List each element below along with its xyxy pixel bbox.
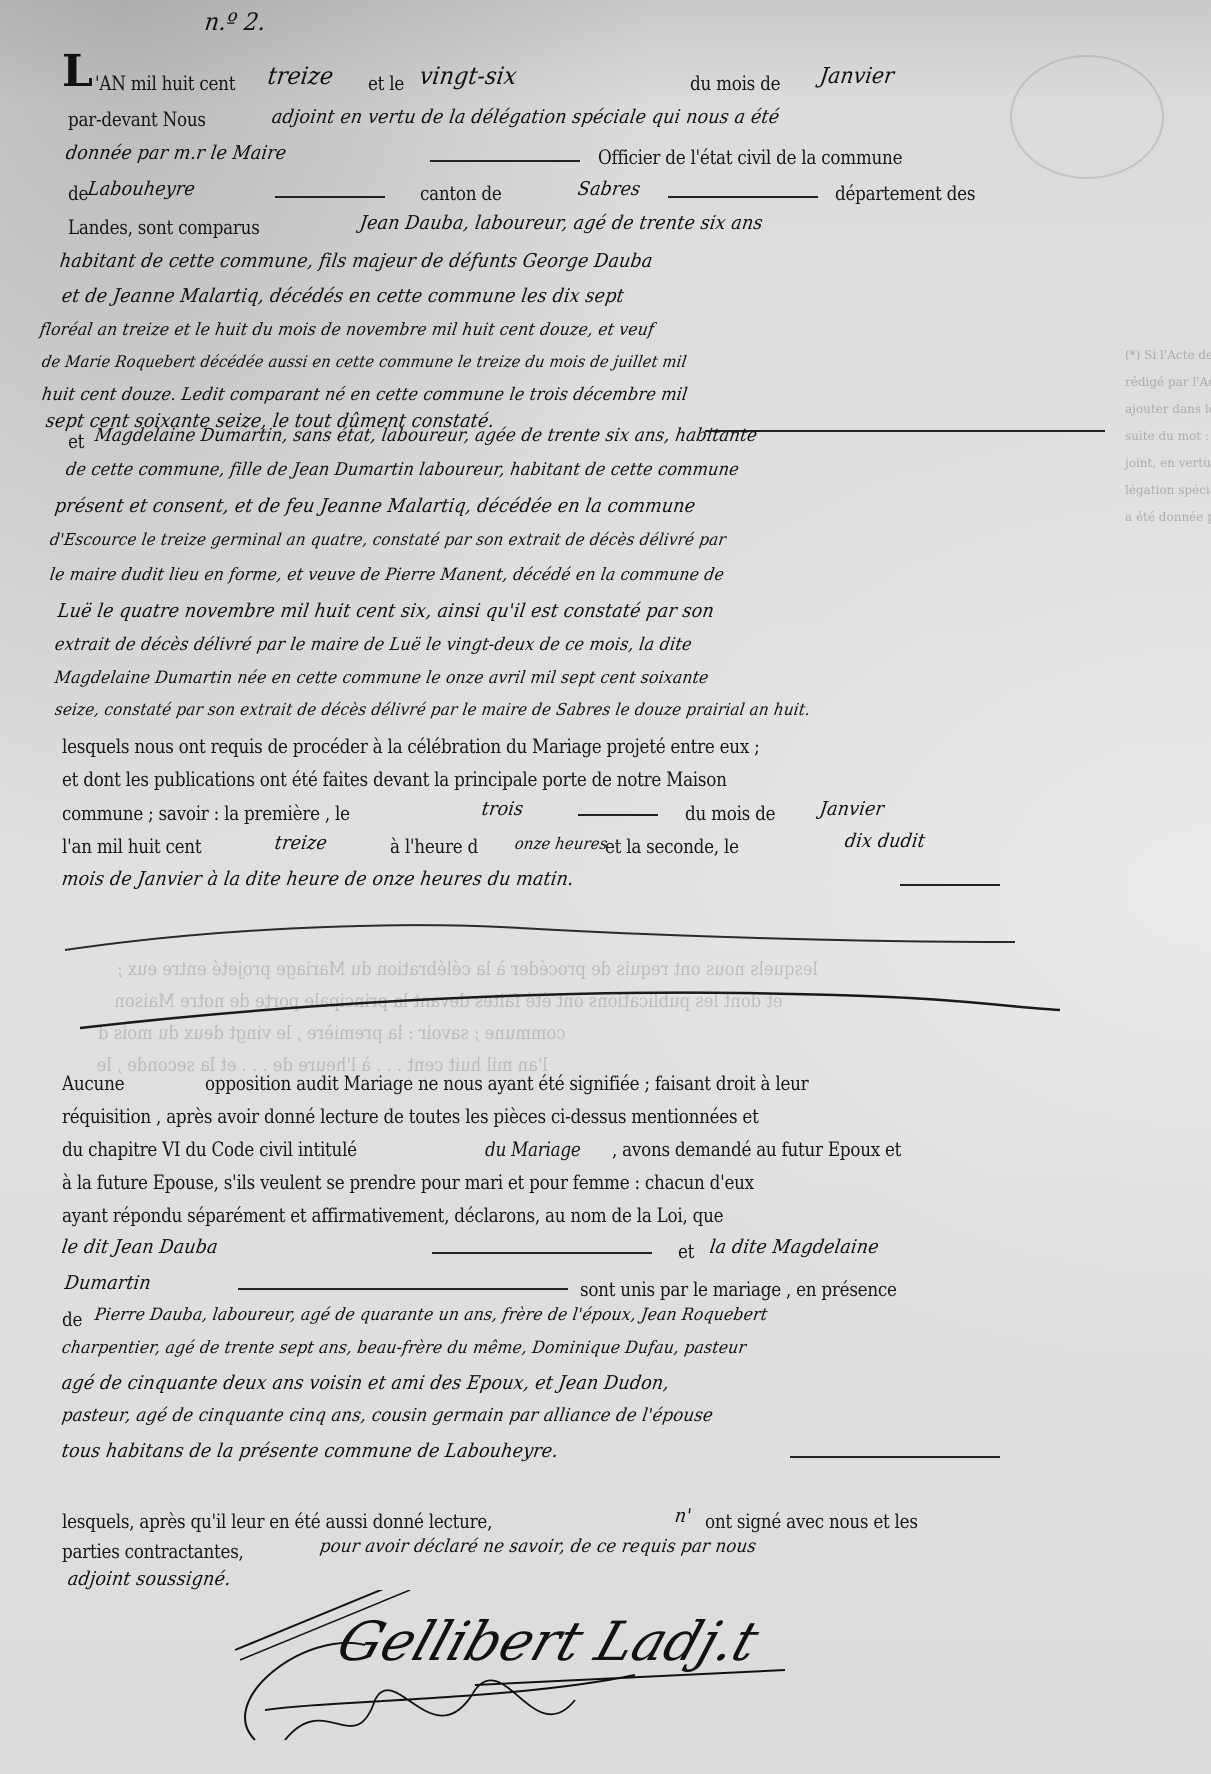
bride-line: Magdelaine Dumartin, sans état, laboureu…	[94, 425, 759, 446]
ceremony-text: de	[62, 1308, 82, 1331]
ceremony-text: réquisition , après avoir donné lecture …	[62, 1105, 759, 1128]
header-print: de	[68, 182, 88, 205]
official-stamp	[1010, 55, 1164, 179]
witness-line: tous habitans de la présente commune de …	[60, 1440, 559, 1462]
ceremony-text: du chapitre VI du Code civil intitulé	[62, 1138, 357, 1161]
publications-text: l'an mil huit cent	[62, 835, 201, 858]
margin-note: rédigé par l'Adjoint, il faut	[1125, 375, 1211, 389]
ceremony-text: et	[678, 1240, 694, 1263]
bride-declared-surname: Dumartin	[63, 1272, 152, 1294]
act-number: n.º 2.	[203, 8, 268, 36]
margin-note: ajouter dans le blanc, à la	[1125, 402, 1211, 416]
header-commune: Labouheyre	[86, 178, 196, 200]
fill-line	[275, 196, 385, 198]
publications-text: à l'heure d	[390, 835, 478, 858]
margin-note: joint, en vertu de la dé-	[1125, 456, 1211, 470]
header-print: département des	[835, 182, 975, 205]
header-day: vingt-six	[418, 62, 519, 90]
fill-line	[790, 1456, 1000, 1458]
fill-line	[668, 196, 818, 198]
bride-declared: la dite Magdelaine	[708, 1236, 880, 1258]
fill-line	[900, 884, 1000, 886]
groom-line: huit cent douze. Ledit comparant né en c…	[41, 385, 689, 405]
header-print: du mois de	[690, 72, 780, 95]
header-print: canton de	[420, 182, 501, 205]
groom-line: et de Jeanne Malartiq, décédés en cette …	[60, 285, 625, 307]
ceremony-text: , avons demandé au futur Epoux et	[612, 1138, 901, 1161]
closing-reason: pour avoir déclaré ne savoir, de ce requ…	[319, 1536, 758, 1557]
witness-line: charpentier, agé de trente sept ans, bea…	[61, 1338, 748, 1358]
margin-note: suite du mot : Nous , Ad-	[1125, 429, 1211, 443]
closing-signer: adjoint soussigné.	[66, 1568, 232, 1590]
publications-text: du mois de	[685, 802, 775, 825]
ceremony-text: Aucune	[62, 1072, 124, 1095]
closing-text: parties contractantes,	[62, 1540, 244, 1563]
publications-text: commune ; savoir : la première , le	[62, 802, 350, 825]
fill-line	[432, 1252, 652, 1254]
publications-text: et dont les publications ont été faites …	[62, 768, 727, 791]
groom-line: Jean Dauba, laboureur, agé de trente six…	[358, 212, 764, 234]
publications-text: lesquels nous ont requis de procéder à l…	[62, 735, 760, 758]
publication-hour: onze heures	[514, 834, 609, 853]
margin-note: a été donnée par M. le Maire.	[1125, 510, 1211, 524]
ceremony-text: ayant répondu séparément et affirmativem…	[62, 1204, 723, 1227]
ceremony-text: à la future Epouse, s'ils veulent se pre…	[62, 1171, 754, 1194]
bride-line: Luë le quatre novembre mil huit cent six…	[56, 600, 715, 622]
header-print: et le	[368, 72, 404, 95]
fill-line	[705, 430, 1105, 432]
dropcap-letter: L	[62, 50, 93, 94]
bride-line: Magdelaine Dumartin née en cette commune…	[54, 668, 710, 688]
header-print: 'AN mil huit cent	[95, 72, 235, 95]
closing-negation: n'	[673, 1505, 693, 1527]
header-delegation-cont: donnée par m.r le Maire	[64, 142, 287, 164]
fill-line	[238, 1288, 568, 1290]
groom-declared: le dit Jean Dauba	[60, 1236, 219, 1258]
header-canton: Sabres	[576, 178, 641, 200]
bride-line: le maire dudit lieu en forme, et veuve d…	[49, 565, 726, 585]
fill-line	[578, 814, 658, 816]
bride-print: et	[68, 430, 84, 453]
ceremony-text: opposition audit Mariage ne nous ayant é…	[205, 1072, 808, 1095]
header-print: Landes, sont comparus	[68, 216, 260, 239]
groom-line: de Marie Roquebert décédée aussi en cett…	[41, 352, 688, 371]
ceremony-text: sont unis par le mariage , en présence	[580, 1278, 897, 1301]
scanned-marriage-record: (*) Si l'Acte de Mariage est rédigé par …	[0, 0, 1211, 1774]
groom-line: habitant de cette commune, fils majeur d…	[58, 250, 654, 272]
fill-line	[430, 160, 580, 162]
publications-text: et la seconde, le	[605, 835, 739, 858]
groom-line: floréal an treize et le huit du mois de …	[39, 320, 656, 340]
chapter-title: du Mariage	[485, 1138, 581, 1161]
publication-first-month: Janvier	[818, 798, 885, 820]
official-signature: Gellibert Ladj.t	[215, 1590, 795, 1760]
margin-note: légation spéciale qui nous	[1125, 483, 1211, 497]
header-month: Janvier	[818, 64, 896, 89]
publication-year: treize	[273, 832, 328, 854]
closing-text: lesquels, après qu'il leur en été aussi …	[62, 1510, 492, 1533]
witness-line: Pierre Dauba, laboureur, agé de quarante…	[94, 1305, 769, 1325]
strike-lines	[0, 920, 1211, 1040]
witness-line: agé de cinquante deux ans voisin et ami …	[60, 1372, 670, 1394]
bride-line: d'Escource le treize germinal an quatre,…	[49, 530, 728, 549]
margin-note: (*) Si l'Acte de Mariage est	[1125, 348, 1211, 362]
ceremony-title-italic: du Mariage	[485, 1138, 581, 1161]
header-print: par-devant Nous	[68, 108, 206, 131]
bride-line: présent et consent, et de feu Jeanne Mal…	[53, 495, 696, 517]
header-delegation: adjoint en vertu de la délégation spécia…	[270, 106, 780, 128]
witness-line: pasteur, agé de cinquante cinq ans, cous…	[61, 1405, 715, 1426]
closing-text: ont signé avec nous et les	[705, 1510, 918, 1533]
header-year: treize	[266, 62, 335, 90]
publication-second-day: dix dudit	[843, 830, 926, 852]
signature-name: Gellibert Ladj.t	[330, 1610, 767, 1673]
bride-line: extrait de décès délivré par le maire de…	[54, 635, 694, 655]
bride-line: seize, constaté par son extrait de décès…	[54, 700, 812, 719]
publication-first-day: trois	[480, 798, 524, 820]
header-print: Officier de l'état civil de la commune	[598, 146, 902, 169]
publication-second-detail: mois de Janvier à la dite heure de onze …	[60, 868, 575, 890]
bride-line: de cette commune, fille de Jean Dumartin…	[65, 460, 741, 480]
